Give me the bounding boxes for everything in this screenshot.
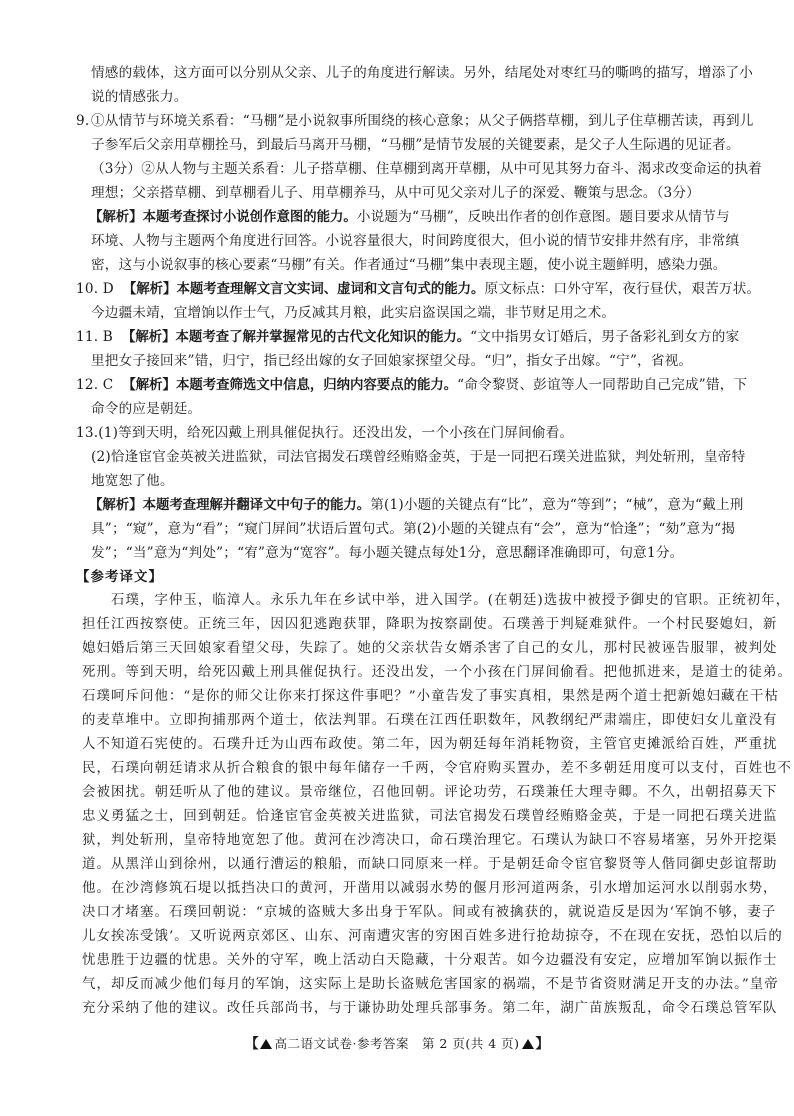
analysis-label: 【解析】 [122,378,176,393]
analysis-label: 【解析】 [89,210,143,225]
analysis-label: 【解析】 [122,330,176,345]
translation-answer-2: (2)恰逢宦官金英被关进监狱，司法官揭发石璞曾经贿赂金英，于是一同把石璞关进监狱… [91,448,745,466]
text-line: 里把女子接回来”错，归宁，指已经出嫁的女子回娘家探望父母。“归”，指女子出嫁。“… [91,352,692,370]
text-line: 会被困扰。朝廷听从了他的建议。景帝继位，召他回朝。评论功劳，石璞兼任大理寺卿。不… [82,784,778,802]
text-line: 说的情感张力。 [91,88,188,106]
analysis-label: 【解析】 [123,282,177,297]
text-line: 狱，判处斩刑，皇帝特地宽恕了他。黄河在沙湾决口，命石璞治理它。石璞认为缺口不容易… [82,832,778,850]
footer-bracket-open: 【 [245,1037,258,1052]
text-line: 子参军后父亲用草棚拴马，到最后马离开马棚，“马棚”是情节发展的关键要素，是父子人… [91,136,740,154]
analysis-line: 12. C 【解析】本题考查筛选文中信息，归纳内容要点的能力。“命令黎贤、彭谊等… [76,376,747,395]
text-line: 石璞呵斥问他：“是你的师父让你来打探这件事吧？”小童告发了事实真相，果然是两个道… [82,688,779,706]
text-line: 理想；父亲搭草棚、到草棚看儿子、用草棚养马，从中可见父亲对儿子的深爱、鞭策与思念… [91,184,700,202]
analysis-summary: 本题考查筛选文中信息，归纳内容要点的能力。 [176,378,457,393]
analysis-text: “命令黎贤、彭谊等人一同帮助自己完成”错，下 [457,377,747,393]
text-line: 具”；“窥”，意为“看”；“窥门屏间”状语后置句式。第(2)小题的关键点有“会”… [91,520,735,538]
text-line: 命令的应是朝廷。 [91,400,201,418]
text-line: 的麦草堆中。立即拘捕那两个道士，依法判罪。石璞在江西任职数年，风教纲纪严肃端庄，… [82,712,778,730]
analysis-line: 【解析】本题考查探讨小说创作意图的能力。小说题为“马棚”，反映出作者的创作意图。… [89,208,730,227]
translation-answer-1: (1)等到天明，给死囚戴上刑具催促执行。还没出发，一个小孩在门屏间偷看。 [98,425,573,441]
text-line: 密，这与小说叙事的核心要素“马棚”有关。作者通过“马棚”集中表现主题，使小说主题… [91,256,727,274]
text-line: 担任江西按察使。正统三年，因囚犯逃跑获罪，降职为按察副使。石璞善于判疑难狱件。一… [82,616,778,634]
text-line: 他。在沙湾修筑石堤以抵挡决口的黄河，开凿用以减弱水势的偃月形河道两条，引水增加运… [82,880,778,898]
text-line: （3分）②从人物与主题关系看：儿子搭草棚、住草棚到离开草棚，从中可见其努力奋斗、… [91,160,762,178]
text-line: 今边疆未靖，宜增饷以作士气，乃反减其月粮，此实启盗误国之端，非节财足用之术。 [91,304,615,322]
text-line: 充分采纳了他的建议。改任兵部尚书，与于谦协助处理兵部事务。第二年，湖广苗族叛乱，… [82,1000,778,1018]
question-number: 10. D [76,280,114,298]
text-line: 气，却反而减少他们每月的军饷，这实际上是助长盗贼危害国家的祸端，不是节省资财满足… [82,976,779,994]
question-number: 13. [76,424,98,442]
analysis-text: 小说题为“马棚”，反映出作者的创作意图。题目要求从情节与 [357,209,730,225]
text-line: 决口才堵塞。石璞回朝说：“京城的盗贼大多出身于军队。间或有被擒获的，就说造反是因… [82,904,776,922]
footer-bracket-close: 】 [536,1037,549,1052]
analysis-summary: 本题考查了解并掌握常见的古代文化知识的能力。 [176,330,471,345]
triangle-logo-icon [522,1039,534,1049]
text-line: 民，石璞向朝廷请求从折合粮食的银中每年储存一千两，令官府购买置办，差不多朝廷用度… [82,760,792,778]
text-line: ①从情节与环境关系看：“马棚”是小说叙事所围绕的核心意象；从父子俩搭草棚，到儿子… [91,112,754,130]
question-number: 9. [76,112,89,130]
text-line: 死刑。等到天明，给死囚戴上刑具催促执行。还没出发，一个小孩在门屏间偷看。把他抓进… [82,664,792,682]
text-line: 石璞，字仲玉，临漳人。永乐九年在乡试中举，进入国学。(在朝廷)选拔中被授予御史的… [82,592,790,610]
analysis-label: 【解析】 [89,498,143,513]
analysis-line: 【解析】本题考查理解并翻译文中句子的能力。第(1)小题的关键点有“比”，意为“等… [89,496,744,515]
footer-text: 高二语文试卷·参考答案 第 2 页(共 4 页) [274,1036,519,1051]
analysis-text: 原文标点：口外守军，夜行昼伏，艰苦万状。 [484,281,760,297]
document-page: 情感的载体，这方面可以分别从父亲、儿子的角度进行解读。另外，结尾处对枣红马的嘶鸣… [0,0,794,1116]
analysis-summary: 本题考查理解文言文实词、虚词和文言句式的能力。 [176,282,484,297]
text-line: 发”；“当”意为“判处”；“宥”意为“宽容”。每小题关键点每处1分，意思翻译准确… [91,544,683,562]
text-line: 道。从黑洋山到徐州，以通行漕运的粮船，而缺口同原来一样。于是朝廷命令宦官黎贤等人… [82,856,778,874]
text-line: 情感的载体，这方面可以分别从父亲、儿子的角度进行解读。另外，结尾处对枣红马的嘶鸣… [91,64,753,82]
text-line: 人不知道石宪使的。石璞升迁为山西布政使。第二年，因为朝廷每年消耗物资，主管官吏摊… [82,736,778,754]
analysis-summary: 本题考查探讨小说创作意图的能力。 [143,210,357,225]
analysis-line: 11. B 【解析】本题考查了解并掌握常见的古代文化知识的能力。“文中指男女订婚… [76,328,739,347]
text-line: 媳妇婚后第三天回娘家看望父母，失踪了。她的父亲状告女婿杀害了自己的女儿，那村民被… [82,640,778,658]
analysis-line: 10. D 【解析】本题考查理解文言文实词、虚词和文言句式的能力。原文标点：口外… [76,280,760,299]
text-line: 环境、人物与主题两个角度进行回答。小说容量很大，时间跨度很大，但小说的情节安排井… [91,232,739,250]
analysis-text: 第(1)小题的关键点有“比”，意为“等到”；“械”，意为“戴上刑 [370,497,743,513]
section-heading: 【参考译文】 [76,568,163,586]
question-number: 11. B [76,328,113,346]
text-line: 13.(1)等到天明，给死囚戴上刑具催促执行。还没出发，一个小孩在门屏间偷看。 [76,424,573,442]
analysis-summary: 本题考查理解并翻译文中句子的能力。 [143,498,371,513]
question-number: 12. C [76,376,113,394]
triangle-logo-icon [260,1039,272,1049]
page-footer: 【高二语文试卷·参考答案 第 2 页(共 4 页)】 [0,1033,794,1052]
text-line: 地宽恕了他。 [91,472,174,490]
text-line: 忠义勇猛之士，回到朝廷。恰逢宦官金英被关进监狱，司法官揭发石璞曾经贿赂金英，于是… [82,808,778,826]
text-line: 儿女挨冻受饿’。又听说两京郊区、山东、河南遭灾害的穷困百姓多进行抢劫掠夺，不在现… [82,928,783,946]
text-line: 忧患胜于边疆的忧患。关外的守军，晚上活动白天隐藏，十分艰苦。如今边疆没有安定，应… [82,952,778,970]
analysis-text: “文中指男女订婚后，男子备彩礼到女方的家 [470,329,739,345]
